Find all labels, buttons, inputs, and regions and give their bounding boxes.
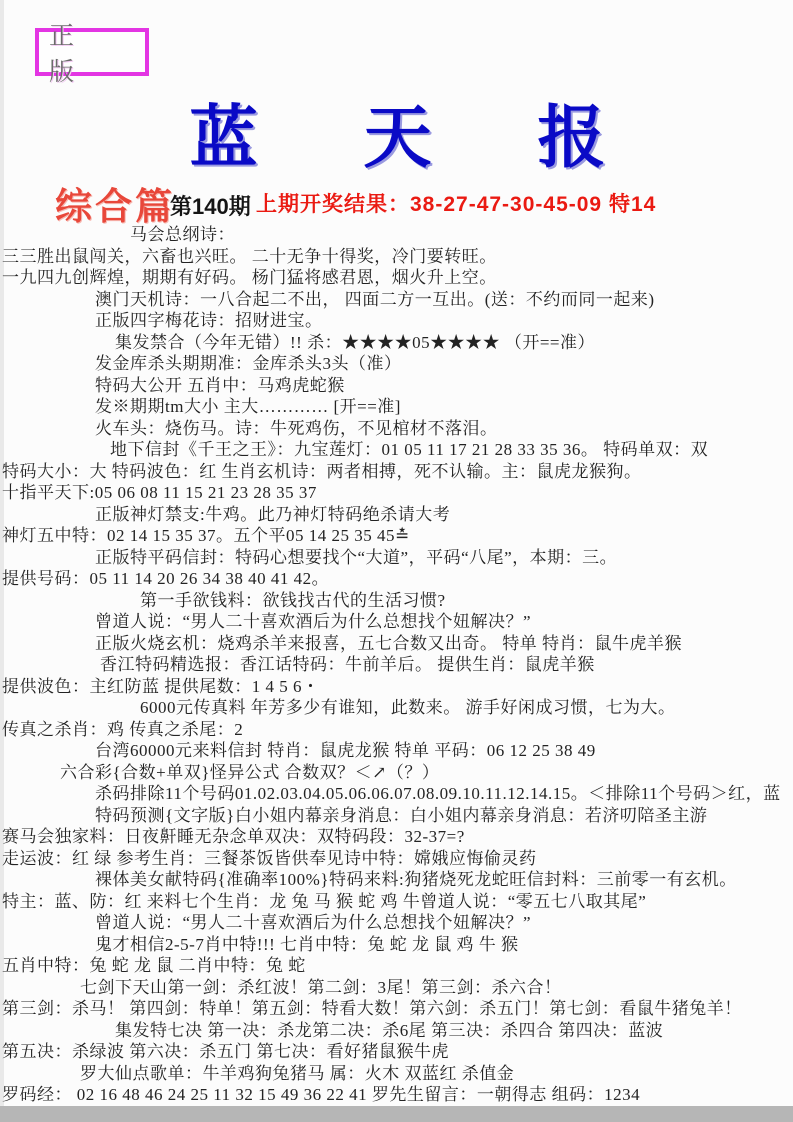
scanned-page: 正 版 蓝天报 综合篇 第140期 上期开奖结果：38-27-47-30-45-… — [0, 0, 793, 1122]
text-line: 赛马会独家料：日夜鼾睡无杂念单双决：双特码段：32-37=? — [0, 826, 793, 848]
text-line: 特码大小：大 特码波色：红 生肖玄机诗：两者相搏，死不认输。主：鼠虎龙猴狗。 — [0, 461, 793, 483]
text-line: 罗码经： 02 16 48 46 24 25 11 32 15 49 36 22… — [0, 1084, 793, 1106]
text-line: 六合彩{合数+单双}怪异公式 合数双？＜↗（？） — [0, 762, 793, 784]
edition-badge-label: 正 版 — [39, 16, 145, 88]
text-line: 发金库杀头期期准：金库杀头3头（准） — [0, 353, 793, 375]
text-line: 罗大仙点歌单：牛羊鸡狗兔猪马 属：火木 双蓝红 杀值金 — [0, 1063, 793, 1085]
text-line: 第五决：杀绿波 第六决：杀五门 第七决：看好猪鼠猴牛虎 — [0, 1041, 793, 1063]
text-line: 曾道人说：“男人二十喜欢酒后为什么总想找个妞解决？” — [0, 912, 793, 934]
text-line: 裸体美女献特码{准确率100%}特码来料:狗猪烧死龙蛇旺信封料：三前零一有玄机。 — [0, 869, 793, 891]
text-line: 曾道人说：“男人二十喜欢酒后为什么总想找个妞解决？” — [0, 611, 793, 633]
text-line: 走运波：红 绿 参考生肖：三餐茶饭皆供奉见诗中特：嫦娥应悔偷灵药 — [0, 848, 793, 870]
text-line: 香江特码精选报：香江话特码：牛前羊后。 提供生肖：鼠虎羊猴 — [0, 654, 793, 676]
scan-bottom-edge — [0, 1106, 793, 1122]
text-line: 三三胜出鼠闯关，六畜也兴旺。 二十无争十得奖，冷门要转旺。 — [0, 246, 793, 268]
body-text: 马会总纲诗： 三三胜出鼠闯关，六畜也兴旺。 二十无争十得奖，冷门要转旺。 一九四… — [0, 224, 793, 1106]
text-line: 特主：蓝、防：红 来料七个生肖：龙 兔 马 猴 蛇 鸡 牛曾道人说：“零五七八取… — [0, 891, 793, 913]
text-line: 杀码排除11个号码01.02.03.04.05.06.06.07.08.09.1… — [0, 783, 793, 805]
paper-title: 蓝天报 — [0, 84, 793, 181]
text-line: 第三剑：杀马！ 第四剑：特单！第五剑：特看大数！第六剑：杀五门！第七剑：看鼠牛猪… — [0, 998, 793, 1020]
text-line: 集发禁合（今年无错）!! 杀：★★★★05★★★★ （开==准） — [0, 332, 793, 354]
text-line: 正版特平码信封：特码心想要找个“大道”，平码“八尾”，本期：三。 — [0, 547, 793, 569]
text-line: 第一手欲钱料：欲钱找古代的生活习惯? — [0, 590, 793, 612]
text-line: 正版火烧玄机：烧鸡杀羊来报喜，五七合数又出奇。 特单 特肖：鼠牛虎羊猴 — [0, 633, 793, 655]
text-line: 台湾60000元来料信封 特肖：鼠虎龙猴 特单 平码：06 12 25 38 4… — [0, 740, 793, 762]
text-line: 一九四九创辉煌，期期有好码。 杨门猛将感君恩，烟火升上空。 — [0, 267, 793, 289]
text-line: 正版神灯禁支:牛鸡。此乃神灯特码绝杀请大考 — [0, 504, 793, 526]
text-line: 地下信封《千王之王》：九宝莲灯：01 05 11 17 21 28 33 35 … — [0, 439, 793, 461]
text-line: 鬼才相信2-5-7肖中特!!! 七肖中特：兔 蛇 龙 鼠 鸡 牛 猴 — [0, 934, 793, 956]
subheader: 综合篇 第140期 上期开奖结果：38-27-47-30-45-09 特14 — [0, 172, 793, 220]
text-line: 提供号码：05 11 14 20 26 34 38 40 41 42。 — [0, 568, 793, 590]
text-line: 马会总纲诗： — [0, 224, 793, 246]
text-line: 集发特七决 第一决：杀龙第二决：杀6尾 第三决：杀四合 第四决：蓝波 — [0, 1020, 793, 1042]
text-line: 特码大公开 五肖中：马鸡虎蛇猴 — [0, 375, 793, 397]
text-line: 正版四字梅花诗：招财进宝。 — [0, 310, 793, 332]
text-line: 十指平天下:05 06 08 11 15 21 23 28 35 37 — [0, 482, 793, 504]
section-title: 综合篇 — [55, 176, 175, 230]
text-line: 特码预测{文字版}白小姐内幕亲身消息：白小姐内幕亲身消息：若济叨陪圣主游 — [0, 805, 793, 827]
last-draw-result: 上期开奖结果：38-27-47-30-45-09 特14 — [256, 188, 656, 218]
text-line: 6000元传真料 年芳多少有谁知，此数来。 游手好闲成习惯，七为大。 — [0, 697, 793, 719]
text-line: 发※期期tm大小 主大………… [开==准] — [0, 396, 793, 418]
text-line: 澳门天机诗：一八合起二不出， 四面二方一互出。(送：不约而同一起来) — [0, 289, 793, 311]
text-line: 传真之杀肖：鸡 传真之杀尾：2 — [0, 719, 793, 741]
text-line: 火车头：烧伤马。诗：牛死鸡伤，不见棺材不落泪。 — [0, 418, 793, 440]
text-line: 神灯五中特：02 14 15 35 37。五个平05 14 25 35 45≛ — [0, 525, 793, 547]
edition-badge: 正 版 — [35, 28, 149, 76]
text-line: 五肖中特：兔 蛇 龙 鼠 二肖中特：兔 蛇 — [0, 955, 793, 977]
text-line: 提供波色：主红防蓝 提供尾数：1 4 5 6・ — [0, 676, 793, 698]
text-line: 七剑下天山第一剑：杀红波！第二剑：3尾！第三剑：杀六合！ — [0, 977, 793, 999]
issue-number: 第140期 — [170, 190, 251, 221]
